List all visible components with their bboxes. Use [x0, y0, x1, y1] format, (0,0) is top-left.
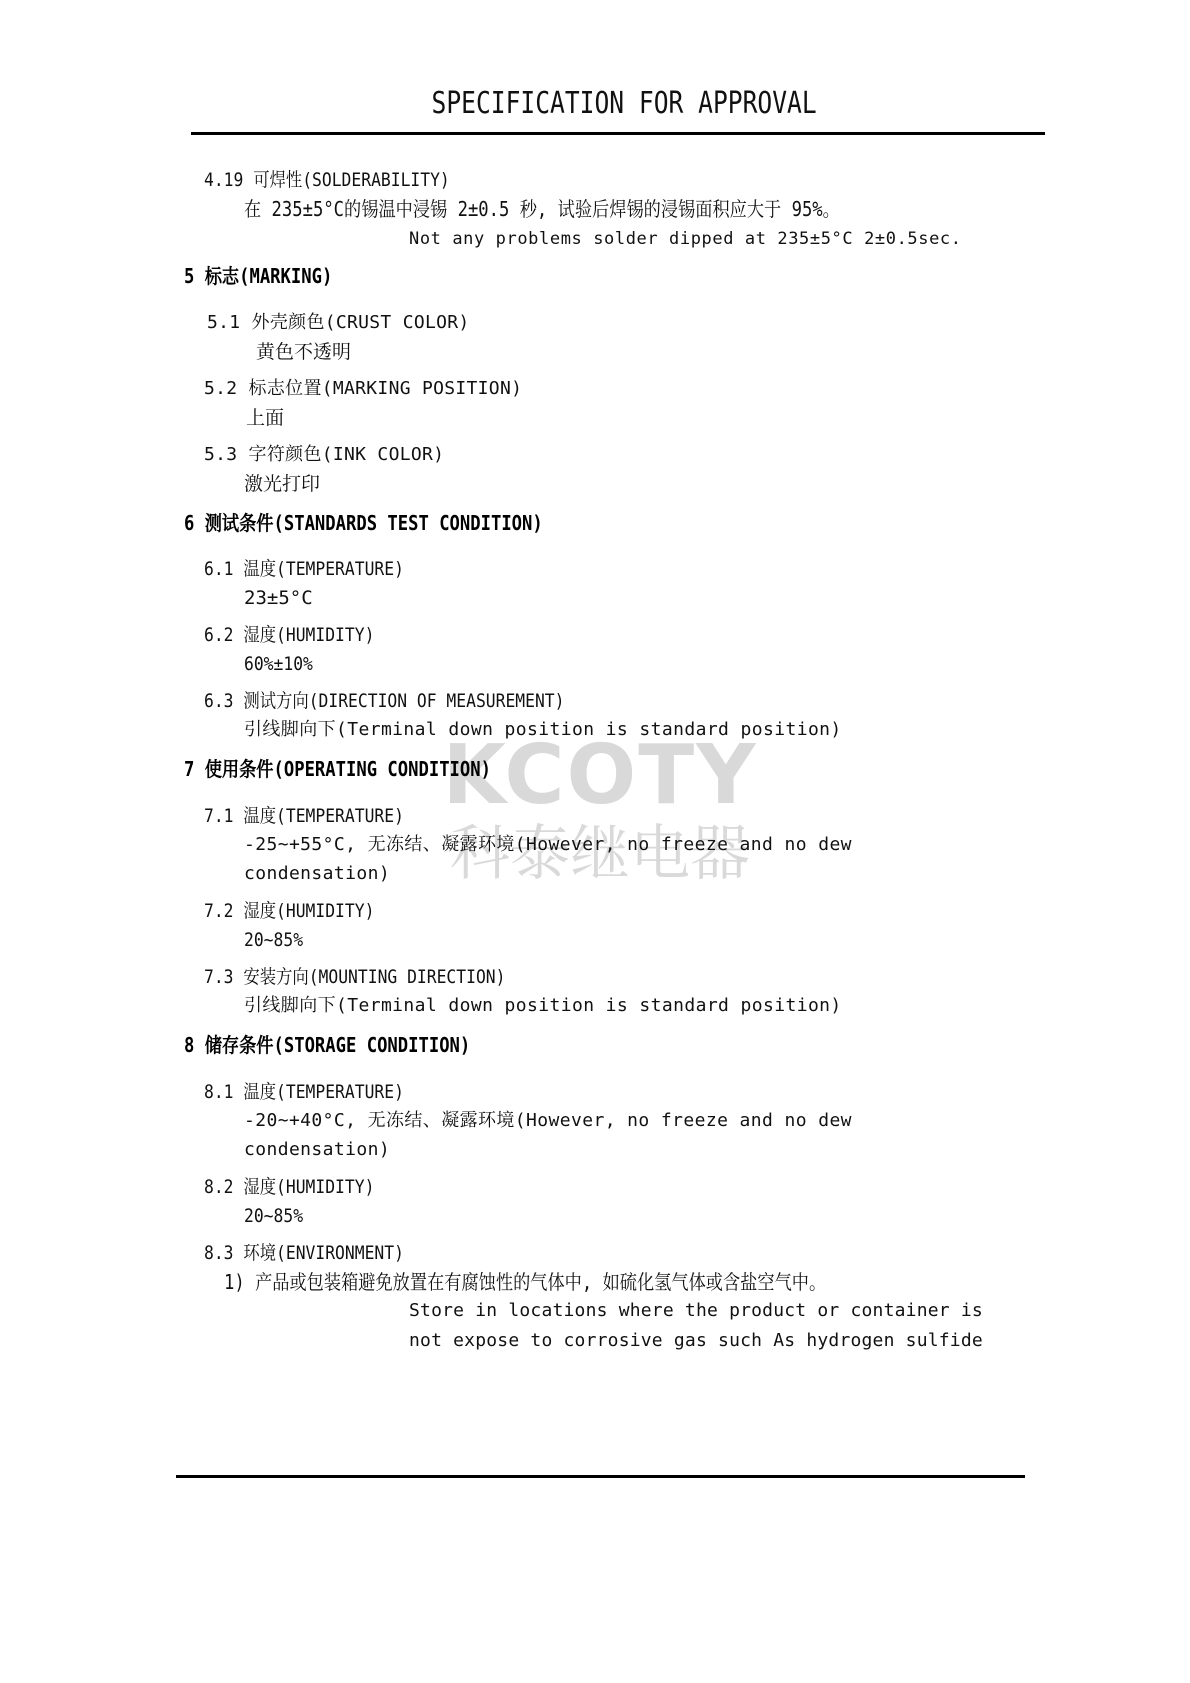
item-7-1-value-cont: condensation) — [244, 862, 390, 886]
section-6-heading: 6 测试条件(STANDARDS TEST CONDITION) — [184, 511, 543, 535]
item-8-3-label: 8.3 环境(ENVIRONMENT) — [204, 1241, 404, 1265]
item-5-1-label: 5.1 外壳颜色(CRUST COLOR) — [207, 311, 470, 335]
item-8-3-en-line2: not expose to corrosive gas such As hydr… — [409, 1329, 983, 1353]
item-8-1-label: 8.1 温度(TEMPERATURE) — [204, 1080, 404, 1104]
footer-divider — [176, 1475, 1025, 1478]
item-6-3-label: 6.3 测试方向(DIRECTION OF MEASUREMENT) — [204, 689, 564, 713]
item-7-3-value: 引线脚向下(Terminal down position is standard… — [244, 994, 842, 1018]
item-8-3-en-line1: Store in locations where the product or … — [409, 1299, 983, 1323]
item-6-3-value: 引线脚向下(Terminal down position is standard… — [244, 718, 842, 742]
item-8-3-cn: 1) 产品或包装箱避免放置在有腐蚀性的气体中, 如硫化氢气体或含盐空气中。 — [224, 1270, 826, 1294]
item-5-3-label: 5.3 字符颜色(INK COLOR) — [204, 443, 444, 467]
item-8-2-value: 20~85% — [244, 1204, 303, 1228]
item-7-1-value: -25~+55°C, 无冻结、凝露环境(However, no freeze a… — [244, 833, 852, 857]
item-5-2-value: 上面 — [246, 406, 284, 430]
item-7-2-value: 20~85% — [244, 928, 303, 952]
section-5-heading: 5 标志(MARKING) — [184, 264, 332, 288]
item-5-1-value: 黄色不透明 — [256, 340, 351, 364]
item-7-2-label: 7.2 湿度(HUMIDITY) — [204, 899, 374, 923]
item-6-1-value: 23±5°C — [244, 586, 313, 610]
item-6-1-label: 6.1 温度(TEMPERATURE) — [204, 557, 404, 581]
page-title: SPECIFICATION FOR APPROVAL — [112, 86, 1137, 121]
subsection-4-19-cn: 在 235±5°C的锡温中浸锡 2±0.5 秒, 试验后焊锡的浸锡面积应大于 9… — [244, 197, 840, 221]
header-divider — [191, 132, 1045, 135]
section-8-heading: 8 储存条件(STORAGE CONDITION) — [184, 1033, 470, 1057]
item-7-1-label: 7.1 温度(TEMPERATURE) — [204, 804, 404, 828]
item-8-1-value: -20~+40°C, 无冻结、凝露环境(However, no freeze a… — [244, 1109, 852, 1133]
item-8-2-label: 8.2 湿度(HUMIDITY) — [204, 1175, 374, 1199]
item-7-3-label: 7.3 安装方向(MOUNTING DIRECTION) — [204, 965, 505, 989]
item-5-3-value: 激光打印 — [244, 472, 320, 496]
item-5-2-label: 5.2 标志位置(MARKING POSITION) — [204, 377, 522, 401]
section-7-heading: 7 使用条件(OPERATING CONDITION) — [184, 757, 491, 781]
item-6-2-value: 60%±10% — [244, 652, 313, 676]
subsection-4-19-en: Not any problems solder dipped at 235±5°… — [409, 227, 962, 251]
item-8-1-value-cont: condensation) — [244, 1138, 390, 1162]
subsection-4-19-label: 4.19 可焊性(SOLDERABILITY) — [204, 168, 450, 192]
item-6-2-label: 6.2 湿度(HUMIDITY) — [204, 623, 374, 647]
